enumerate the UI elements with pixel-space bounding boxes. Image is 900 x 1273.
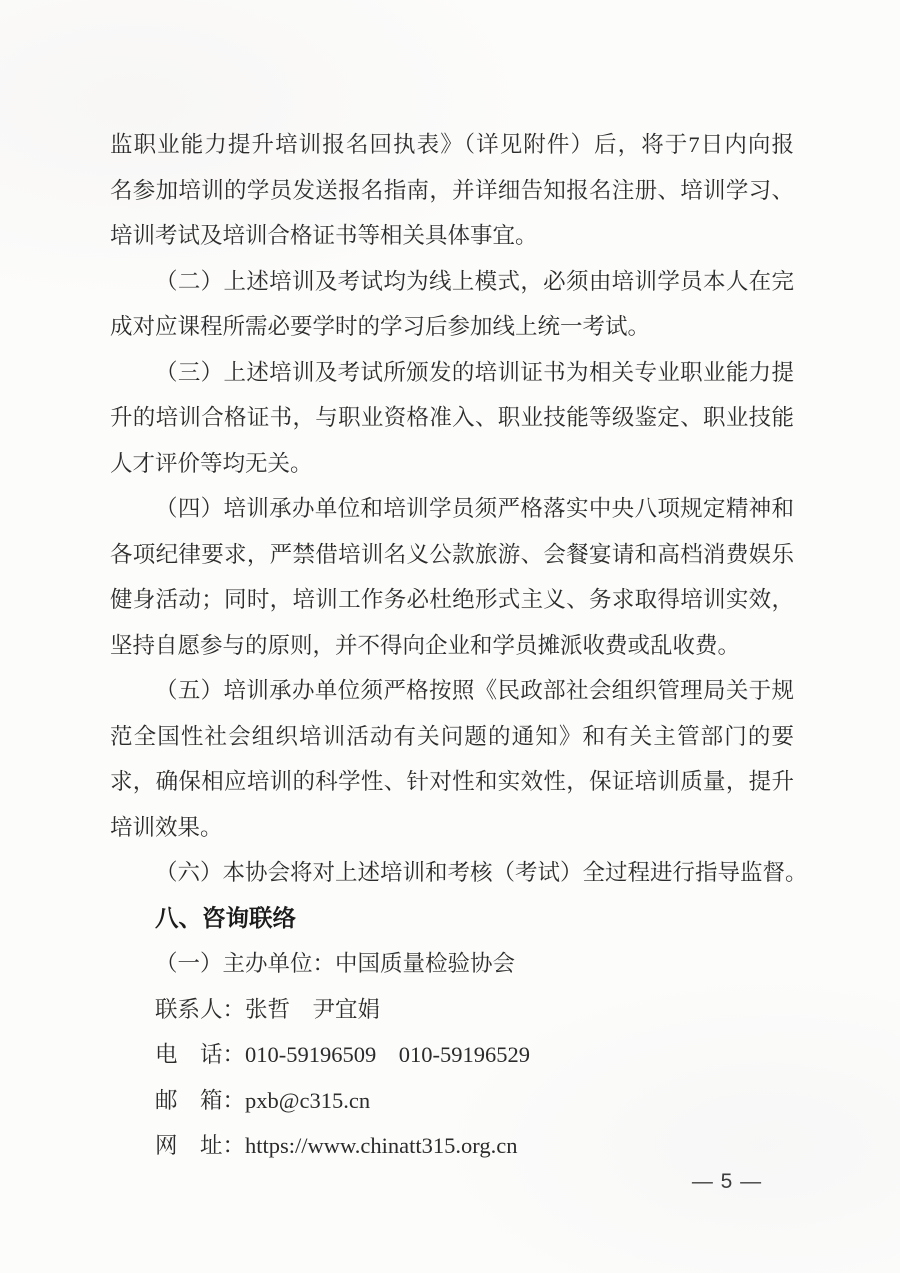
text-line: （五）培训承办单位须严格按照《民政部社会组织管理局关于规 bbox=[110, 668, 794, 714]
contact-line: 电 话：010-59196509 010-59196529 bbox=[110, 1032, 794, 1078]
text-line: 培训效果。 bbox=[110, 805, 794, 851]
text-line: 培训考试及培训合格证书等相关具体事宜。 bbox=[110, 213, 794, 259]
text-line: 人才评价等均无关。 bbox=[110, 441, 794, 487]
text-line: （四）培训承办单位和培训学员须严格落实中央八项规定精神和 bbox=[110, 486, 794, 532]
page-number: — 5 — bbox=[682, 1167, 772, 1197]
text-line: 求，确保相应培训的科学性、针对性和实效性，保证培训质量，提升 bbox=[110, 759, 794, 805]
text-line: （三）上述培训及考试所颁发的培训证书为相关专业职业能力提 bbox=[110, 350, 794, 396]
text-line: 各项纪律要求，严禁借培训名义公款旅游、会餐宴请和高档消费娱乐 bbox=[110, 532, 794, 578]
text-line: 范全国性社会组织培训活动有关问题的通知》和有关主管部门的要 bbox=[110, 714, 794, 760]
text-line: （二）上述培训及考试均为线上模式，必须由培训学员本人在完 bbox=[110, 259, 794, 305]
contact-line: 邮 箱：pxb@c315.cn bbox=[110, 1078, 794, 1124]
scanned-document-page: 监职业能力提升培训报名回执表》（详见附件）后，将于7日内向报名参加培训的学员发送… bbox=[0, 0, 900, 1273]
text-line: 成对应课程所需必要学时的学习后参加线上统一考试。 bbox=[110, 304, 794, 350]
text-line: （一）主办单位：中国质量检验协会 bbox=[110, 941, 794, 987]
text-line: 名参加培训的学员发送报名指南，并详细告知报名注册、培训学习、 bbox=[110, 168, 794, 214]
text-line: 坚持自愿参与的原则，并不得向企业和学员摊派收费或乱收费。 bbox=[110, 623, 794, 669]
section-heading: 八、咨询联络 bbox=[110, 896, 794, 942]
contact-line: 联系人：张哲 尹宜娟 bbox=[110, 987, 794, 1033]
document-body: 监职业能力提升培训报名回执表》（详见附件）后，将于7日内向报名参加培训的学员发送… bbox=[110, 122, 794, 1169]
text-line: 监职业能力提升培训报名回执表》（详见附件）后，将于7日内向报 bbox=[110, 122, 794, 168]
contact-line: 网 址：https://www.chinatt315.org.cn bbox=[110, 1123, 794, 1169]
text-line: （六）本协会将对上述培训和考核（考试）全过程进行指导监督。 bbox=[110, 850, 794, 896]
text-line: 升的培训合格证书，与职业资格准入、职业技能等级鉴定、职业技能 bbox=[110, 395, 794, 441]
text-line: 健身活动；同时，培训工作务必杜绝形式主义、务求取得培训实效， bbox=[110, 577, 794, 623]
